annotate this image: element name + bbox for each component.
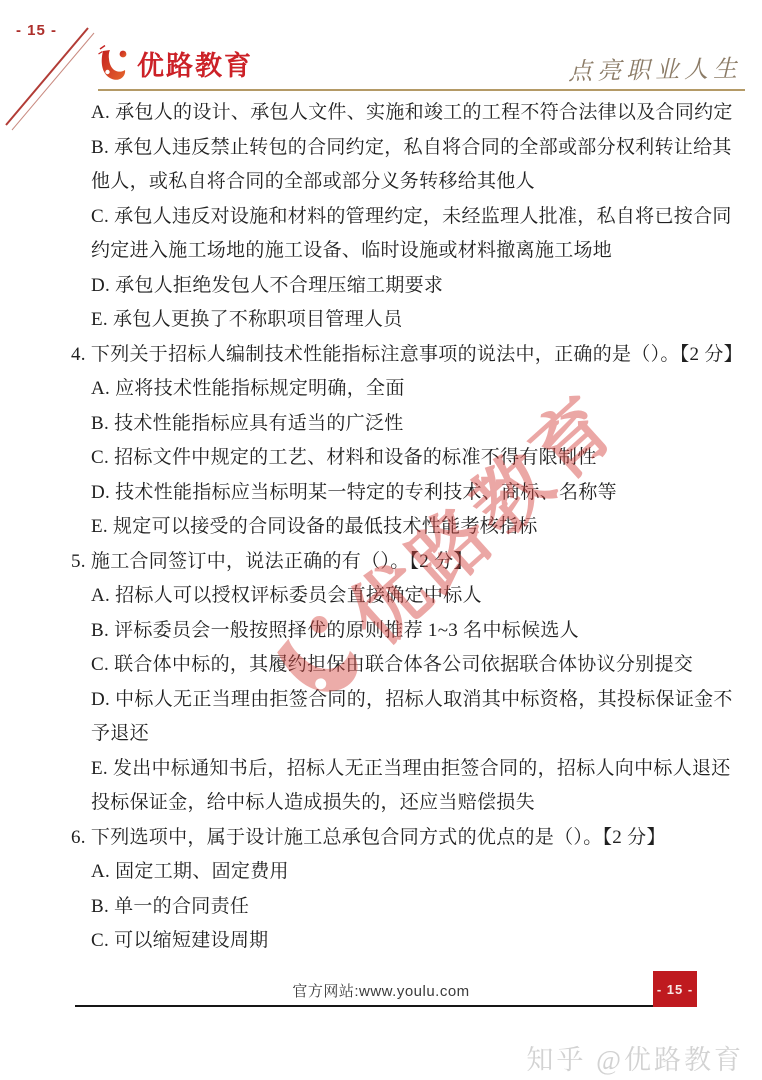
option-line: B. 承包人违反禁止转包的合同约定，私自将合同的全部或部分权利转让给其 (0, 131, 762, 166)
footer-page-badge: - 15 - (653, 971, 697, 1007)
brand-logo: 优路教育 (98, 44, 253, 83)
option-line: D. 技术性能指标应当标明某一特定的专利技术、商标、名称等 (0, 476, 762, 511)
question-line: 6. 下列选项中，属于设计施工总承包合同方式的优点的是（）。【2 分】 (0, 821, 762, 856)
option-line: A. 固定工期、固定费用 (0, 855, 762, 890)
footer-site-url: 官方网站:www.youlu.com (0, 980, 762, 1001)
option-line: E. 承包人更换了不称职项目管理人员 (0, 303, 762, 338)
option-line: 约定进入施工场地的施工设备、临时设施或材料撤离施工场地 (0, 234, 762, 269)
brand-name: 优路教育 (137, 44, 253, 83)
option-line: A. 招标人可以授权评标委员会直接确定中标人 (0, 579, 762, 614)
brand-logo-icon (98, 45, 130, 83)
brand-slogan: 点亮职业人生 (568, 48, 743, 86)
question-list: A. 承包人的设计、承包人文件、实施和竣工的工程不符合法律以及合同约定B. 承包… (0, 96, 762, 959)
option-line: D. 中标人无正当理由拒签合同的，招标人取消其中标资格，其投标保证金不 (0, 683, 762, 718)
option-line: B. 单一的合同责任 (0, 890, 762, 925)
option-line: E. 发出中标通知书后，招标人无正当理由拒签合同的，招标人向中标人退还 (0, 752, 762, 787)
question-line: 5. 施工合同签订中，说法正确的有（）。【2 分】 (0, 545, 762, 580)
option-line: B. 评标委员会一般按照择优的原则推荐 1~3 名中标候选人 (0, 614, 762, 649)
question-line: 4. 下列关于招标人编制技术性能指标注意事项的说法中，正确的是（）。【2 分】 (0, 338, 762, 373)
option-line: C. 可以缩短建设周期 (0, 924, 762, 959)
option-line: C. 承包人违反对设施和材料的管理约定，未经监理人批准，私自将已按合同 (0, 200, 762, 235)
footer-divider (75, 1005, 653, 1007)
option-line: B. 技术性能指标应具有适当的广泛性 (0, 407, 762, 442)
option-line: 他人，或私自将合同的全部或部分义务转移给其他人 (0, 165, 762, 200)
header-divider (98, 89, 745, 91)
option-line: C. 招标文件中规定的工艺、材料和设备的标准不得有限制性 (0, 441, 762, 476)
option-line: C. 联合体中标的，其履约担保由联合体各公司依据联合体协议分别提交 (0, 648, 762, 683)
option-line: A. 应将技术性能指标规定明确，全面 (0, 372, 762, 407)
option-line: 予退还 (0, 717, 762, 752)
option-line: D. 承包人拒绝发包人不合理压缩工期要求 (0, 269, 762, 304)
option-line: E. 规定可以接受的合同设备的最低技术性能考核指标 (0, 510, 762, 545)
zhihu-credit-watermark: 知乎 @优路教育 (526, 1038, 744, 1077)
option-line: 投标保证金，给中标人造成损失的，还应当赔偿损失 (0, 786, 762, 821)
document-page: - 15 - 优路教育 点亮职业人生 A. 承包人的设计、承包人文件、实施和竣工… (0, 0, 762, 1080)
option-line: A. 承包人的设计、承包人文件、实施和竣工的工程不符合法律以及合同约定 (0, 96, 762, 131)
